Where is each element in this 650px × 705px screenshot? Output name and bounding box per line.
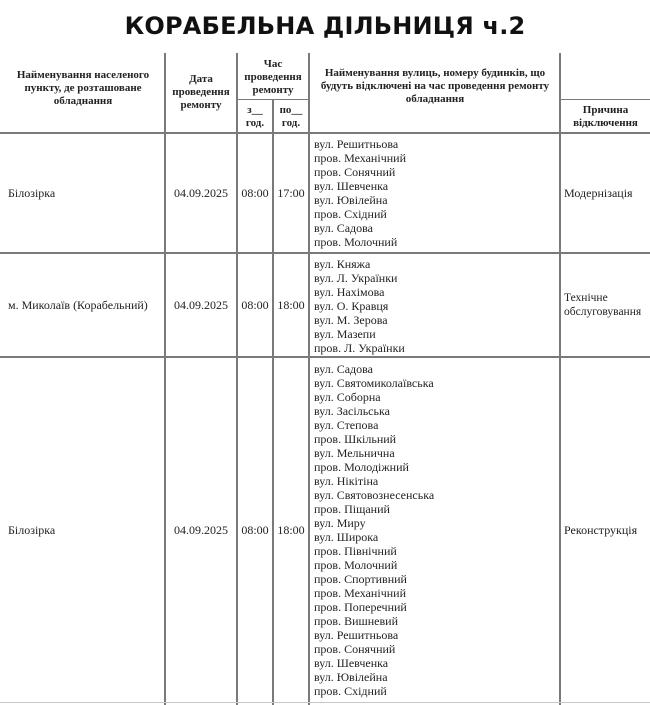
street-item: вул. Решитньова — [314, 137, 406, 151]
street-item: пров. Молочний — [314, 235, 406, 249]
street-item: вул. Святомиколаївська — [314, 376, 434, 390]
street-item: пров. Механічний — [314, 151, 406, 165]
street-item: вул. Шевченка — [314, 656, 434, 670]
row-date: 04.09.2025 — [166, 254, 236, 356]
row-time-from: 08:00 — [238, 254, 272, 356]
row-time-to: 17:00 — [274, 134, 308, 252]
header-reason: Причина відключення — [561, 101, 650, 132]
street-item: вул. О. Кравця — [314, 299, 405, 313]
street-item: вул. Княжа — [314, 257, 405, 271]
row-date: 04.09.2025 — [166, 358, 236, 702]
street-item: вул. Ювілейна — [314, 670, 434, 684]
row-streets-list: вул. Решитньовапров. Механічнийпров. Сон… — [314, 137, 406, 249]
street-item: пров. Вишневий — [314, 614, 434, 628]
street-item: пров. Поперечний — [314, 600, 434, 614]
header-time-to: по__ год. — [274, 102, 308, 132]
row-time-to: 18:00 — [274, 358, 308, 702]
street-item: вул. Шевченка — [314, 179, 406, 193]
header-date: Дата проведення ремонту — [166, 70, 236, 114]
row-time-to: 18:00 — [274, 254, 308, 356]
header-time-from: з__ год. — [238, 102, 272, 132]
street-item: пров. Шкільний — [314, 432, 434, 446]
street-item: пров. Східний — [314, 207, 406, 221]
street-item: вул. Л. Українки — [314, 271, 405, 285]
header-streets: Найменування вулиць, номеру будинків, що… — [312, 64, 558, 108]
street-item: пров. Молочний — [314, 558, 434, 572]
col-divider — [559, 53, 561, 705]
street-item: вул. Решитньова — [314, 628, 434, 642]
street-item: вул. Нікітіна — [314, 474, 434, 488]
row-settlement: Білозірка — [8, 358, 164, 702]
street-item: пров. Північний — [314, 544, 434, 558]
header-settlement: Найменування населеного пункту, де розта… — [8, 66, 158, 110]
street-item: пров. Піщаний — [314, 502, 434, 516]
street-item: вул. Ювілейна — [314, 193, 406, 207]
street-item: вул. Засільська — [314, 404, 434, 418]
street-item: пров. Л. Українки — [314, 341, 405, 355]
street-item: пров. Сонячний — [314, 165, 406, 179]
header-time-group: Час проведення ремонту — [238, 55, 308, 99]
street-item: вул. Мазепи — [314, 327, 405, 341]
street-item: вул. Святовознесенська — [314, 488, 434, 502]
street-item: пров. Механічний — [314, 586, 434, 600]
street-item: вул. Широка — [314, 530, 434, 544]
row-settlement: Білозірка — [8, 134, 164, 252]
street-item: пров. Спортивний — [314, 572, 434, 586]
row-streets-list: вул. Садовавул. Святомиколаївськавул. Со… — [314, 362, 434, 698]
street-item: вул. Садова — [314, 362, 434, 376]
col-divider — [308, 53, 310, 705]
row-streets-list: вул. Княжавул. Л. Українкивул. Нахімовав… — [314, 257, 405, 355]
street-item: вул. Садова — [314, 221, 406, 235]
page-title: КОРАБЕЛЬНА ДІЛЬНИЦЯ ч.2 — [0, 12, 650, 40]
row-reason: Реконструкція — [564, 358, 650, 702]
row-time-from: 08:00 — [238, 358, 272, 702]
street-item: вул. М. Зерова — [314, 313, 405, 327]
street-item: пров. Сонячний — [314, 642, 434, 656]
street-item: вул. Нахімова — [314, 285, 405, 299]
table-bottom-edge — [0, 702, 650, 703]
row-time-from: 08:00 — [238, 134, 272, 252]
street-item: вул. Мельнична — [314, 446, 434, 460]
street-item: вул. Соборна — [314, 390, 434, 404]
row-reason: Модернізація — [564, 134, 650, 252]
row-reason: Технічне обслуговування — [564, 254, 650, 356]
row-settlement: м. Миколаїв (Корабельний) — [8, 254, 164, 356]
time-subheader-divider — [236, 99, 310, 100]
street-item: вул. Миру — [314, 516, 434, 530]
street-item: пров. Східний — [314, 684, 434, 698]
reason-subheader-divider — [559, 99, 650, 100]
street-item: пров. Молодіжний — [314, 460, 434, 474]
street-item: вул. Степова — [314, 418, 434, 432]
row-date: 04.09.2025 — [166, 134, 236, 252]
